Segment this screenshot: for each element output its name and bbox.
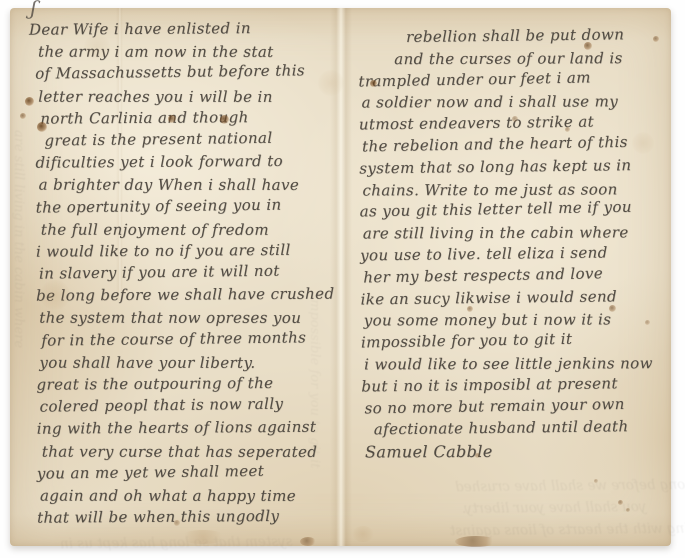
handwriting-line: again and oh what a happy time [40,485,335,507]
handwriting-line: Dear Wife i have enlisted in [29,17,333,41]
stain-spot [618,500,623,505]
stain-spot [609,305,616,312]
handwriting-line: system that so long has kept us in [359,154,669,180]
soft-stain [40,280,70,310]
stain-spot [220,115,229,124]
soft-stain [352,526,374,542]
handwriting-line: letter reaches you i will be in [38,85,333,107]
handwriting-line: great is the present national [44,126,333,152]
stain-spot [594,479,598,483]
stain-spot [25,97,34,106]
handwriting-line: impossible for you to git it [361,327,671,354]
handwriting-line: of Massachussetts but before this [35,59,333,85]
right-page: rebellion shall be put down and the curs… [354,25,672,464]
soft-stain [180,530,226,544]
soft-stain [318,70,344,96]
handwriting-line: rebellion shall be put down [406,24,668,49]
handwriting-line: ike an sucy likwise i would send [360,285,670,311]
stain-spot [467,306,473,312]
handwriting-line: be long before we shall have crushed [36,283,334,307]
signature-line: Samuel Cabble [365,440,672,463]
handwriting-line: you an me yet we shall meet [37,459,335,485]
stain-spot [626,508,630,512]
stain-spot [475,453,480,458]
soft-stain [632,132,654,154]
handwriting-line: in slavery if you are it will not [39,259,334,285]
stain-spot [565,127,570,132]
handwriting-line: that will be when this ungodly [37,505,335,529]
stain-spot [174,520,180,526]
handwriting-line: as you git this letter tell me if you [360,196,670,223]
left-page: Dear Wife i have enlisted in the army i … [27,17,335,529]
stain-spot [370,80,377,87]
stain-spot [645,320,650,325]
soft-stain [84,34,110,60]
handwriting-line: the opertunity of seeing you in [36,192,334,218]
handwriting-line: you shall have your liberty. [39,351,334,373]
stain-spot [300,537,316,546]
handwriting-line: dificulties yet i look forward to [35,150,333,174]
stain-spot [512,116,518,122]
handwriting-line: for in the course of three months [41,326,334,352]
stain-spot [168,115,176,123]
stain-spot [37,122,47,132]
handwriting-line: her my best respects and love [363,262,670,289]
stain-spot [584,42,592,50]
handwriting-line: trampled under our feet i am [358,66,668,93]
letter-scan: Dear Wife i have enlisted in the army i … [0,0,685,558]
handwriting-line: ing with the hearts of lions against [37,416,335,440]
handwriting-line: colered peopl that is now rally [39,392,334,418]
stain-spot [20,113,26,119]
stain-spot [455,536,497,547]
handwriting-line: the full enjoyment of fredom [41,218,334,240]
handwriting-line: the rebelion and the heart of this [362,131,669,158]
handwriting-line: afectionate husband until death [374,416,672,441]
stain-spot [653,36,659,42]
